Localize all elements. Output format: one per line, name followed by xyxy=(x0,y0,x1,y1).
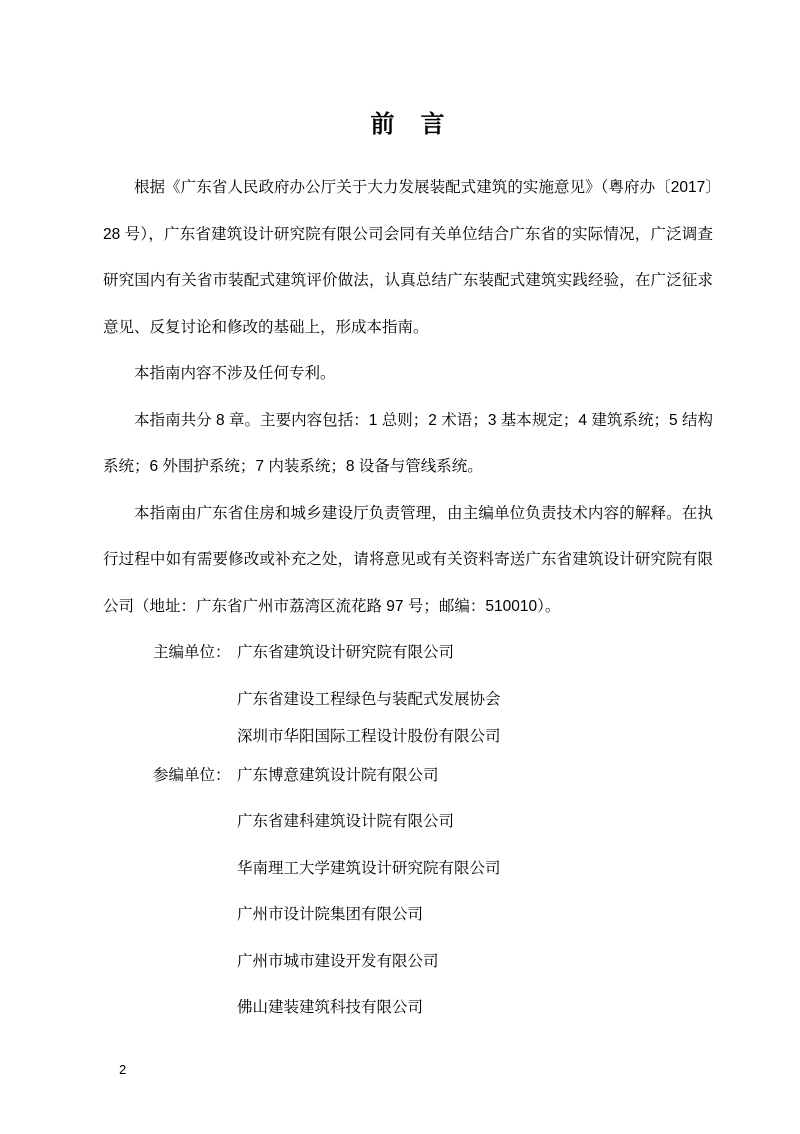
editor-units-section: 主编单位： 广东省建筑设计研究院有限公司 广东省建设工程绿色与装配式发展协会 深… xyxy=(103,630,713,1032)
page-number: 2 xyxy=(119,1061,126,1079)
participating-editor-row: 广东省建科建筑设计院有限公司 xyxy=(103,799,713,846)
unit-label-spacer xyxy=(153,939,237,986)
paragraph-patent: 本指南内容不涉及任何专利。 xyxy=(103,351,713,398)
participating-editor-row: 参编单位： 广东博意建筑设计院有限公司 xyxy=(103,753,713,800)
participating-editor-unit: 广州市设计院集团有限公司 xyxy=(237,892,423,939)
paragraph-chapters: 本指南共分 8 章。主要内容包括：1 总则；2 术语；3 基本规定；4 建筑系统… xyxy=(103,398,713,491)
chief-editor-row: 主编单位： 广东省建筑设计研究院有限公司 xyxy=(103,630,713,677)
participating-editor-label: 参编单位： xyxy=(153,753,237,800)
unit-label-spacer xyxy=(153,799,237,846)
paragraph-management: 本指南由广东省住房和城乡建设厅负责管理，由主编单位负责技术内容的解释。在执行过程… xyxy=(103,491,713,631)
participating-editor-unit: 华南理工大学建筑设计研究院有限公司 xyxy=(237,846,501,893)
unit-label-spacer xyxy=(153,892,237,939)
document-page: 前 言 根据《广东省人民政府办公厅关于大力发展装配式建筑的实施意见》（粤府办〔2… xyxy=(0,0,800,1134)
document-title: 前 言 xyxy=(103,111,713,139)
chief-editor-unit: 广东省建筑设计研究院有限公司 xyxy=(237,630,454,677)
unit-label-spacer xyxy=(153,846,237,893)
unit-label-spacer xyxy=(153,985,237,1032)
participating-editor-unit: 广东博意建筑设计院有限公司 xyxy=(237,753,439,800)
participating-editor-unit: 佛山建装建筑科技有限公司 xyxy=(237,985,423,1032)
participating-editor-row: 佛山建装建筑科技有限公司 xyxy=(103,985,713,1032)
document-content: 前 言 根据《广东省人民政府办公厅关于大力发展装配式建筑的实施意见》（粤府办〔2… xyxy=(0,0,800,1032)
paragraph-basis: 根据《广东省人民政府办公厅关于大力发展装配式建筑的实施意见》（粤府办〔2017〕… xyxy=(103,165,713,351)
participating-editor-unit: 广东省建科建筑设计院有限公司 xyxy=(237,799,454,846)
chief-editor-label: 主编单位： xyxy=(153,630,237,677)
participating-editor-unit: 广州市城市建设开发有限公司 xyxy=(237,939,439,986)
participating-editor-row: 广州市设计院集团有限公司 xyxy=(103,892,713,939)
participating-editor-row: 华南理工大学建筑设计研究院有限公司 xyxy=(103,846,713,893)
participating-editor-row: 广州市城市建设开发有限公司 xyxy=(103,939,713,986)
